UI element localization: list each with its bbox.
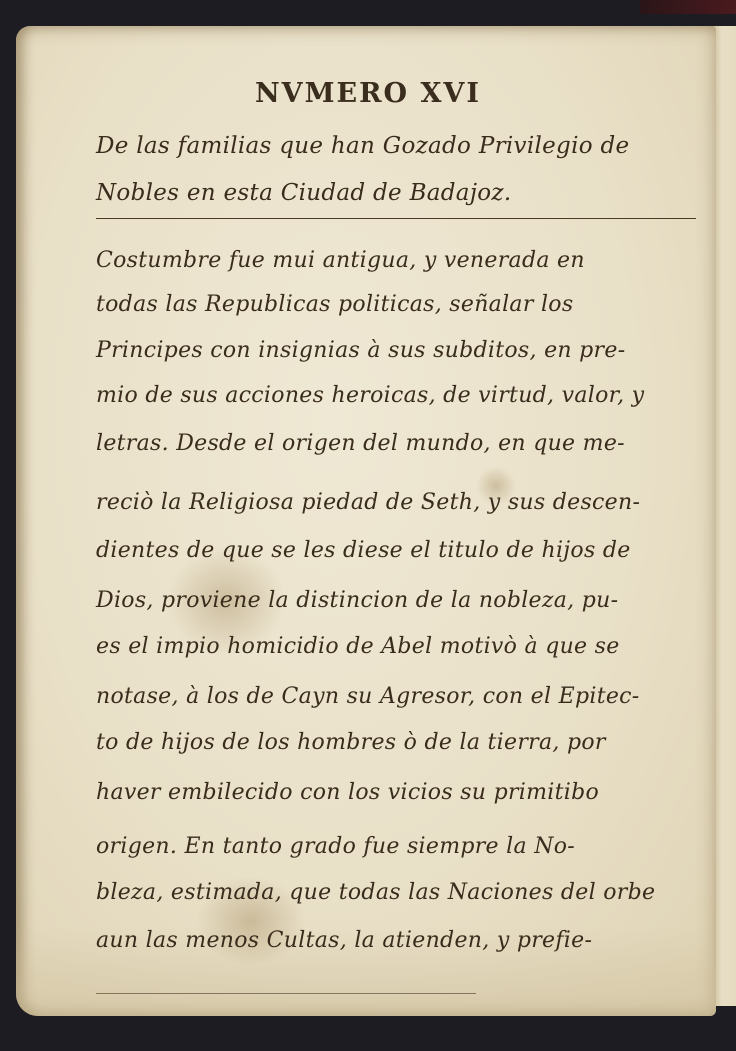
subtitle-line-2: Nobles en esta Ciudad de Badajoz.: [96, 180, 511, 206]
body-line-2: todas las Republicas politicas, señalar …: [96, 292, 573, 317]
bottom-pencil-line: [96, 993, 476, 994]
body-line-8: Dios, proviene la distincion de la noble…: [96, 588, 618, 613]
body-line-9: es el impio homicidio de Abel motivò à q…: [96, 634, 620, 659]
body-line-5: letras. Desde el origen del mundo, en qu…: [96, 431, 625, 456]
body-line-15: aun las menos Cultas, la atienden, y pre…: [96, 928, 592, 953]
heading-divider: [96, 218, 696, 219]
page-heading: NVMERO XVI: [0, 78, 736, 109]
book-cover-edge: [640, 0, 736, 14]
body-line-14: bleza, estimada, que todas las Naciones …: [96, 880, 655, 905]
body-line-4: mio de sus acciones heroicas, de virtud,…: [96, 383, 644, 408]
body-line-7: dientes de que se les diese el titulo de…: [96, 538, 631, 563]
body-line-13: origen. En tanto grado fue siempre la No…: [96, 834, 575, 859]
body-line-6: reciò la Religiosa piedad de Seth, y sus…: [96, 490, 640, 515]
body-line-11: to de hijos de los hombres ò de la tierr…: [96, 730, 606, 755]
manuscript-page: [16, 26, 716, 1016]
body-line-12: haver embilecido con los vicios su primi…: [96, 780, 599, 805]
body-line-10: notase, à los de Cayn su Agresor, con el…: [96, 684, 640, 709]
body-line-1: Costumbre fue mui antigua, y venerada en: [96, 248, 585, 273]
subtitle-line-1: De las familias que han Gozado Privilegi…: [96, 133, 629, 159]
body-line-3: Principes con insignias à sus subditos, …: [96, 338, 625, 363]
